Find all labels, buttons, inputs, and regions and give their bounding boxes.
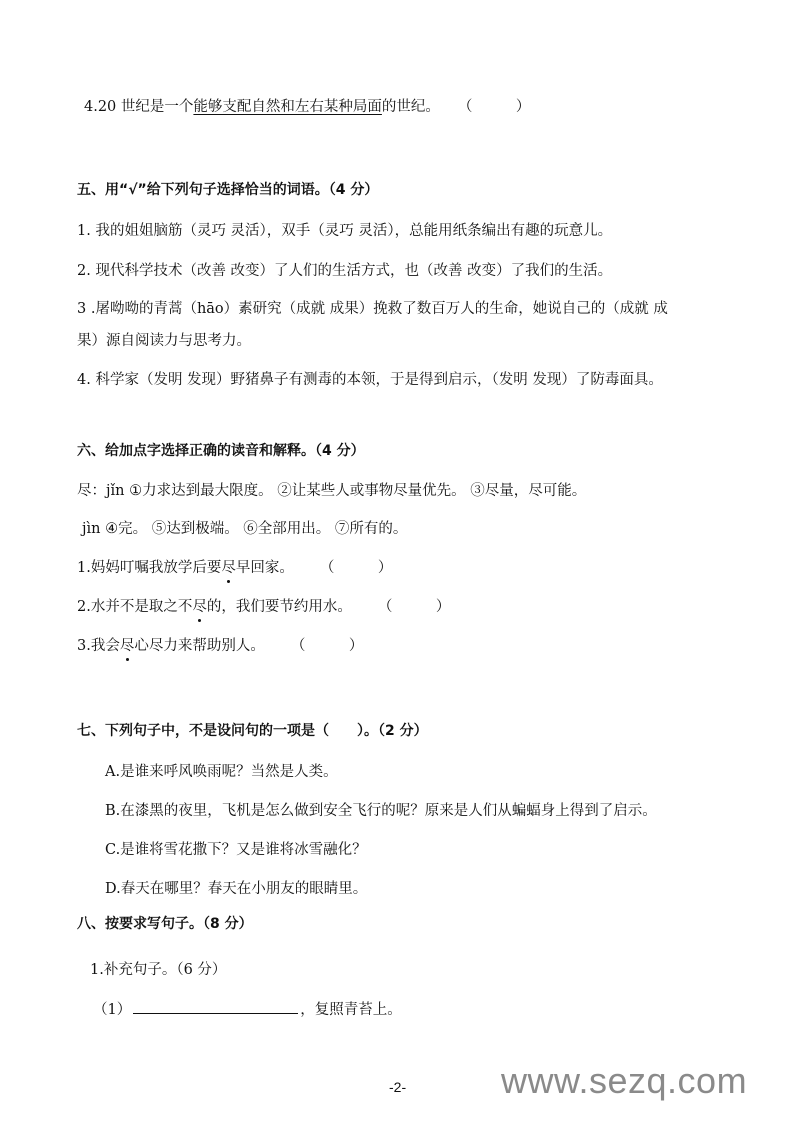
option-a: A.是谁来呼风唤雨呢？当然是人类。 <box>105 762 338 782</box>
answer-blank[interactable]: （ ） <box>378 599 451 615</box>
dotted-character: 尽 <box>221 558 236 578</box>
section-5-item-4: 4. 科学家（发明 发现）野猪鼻子有测毒的本领，于是得到启示，（发明 发现）了防… <box>77 370 663 390</box>
dotted-character: 尽 <box>120 636 135 656</box>
underlined-phrase: 能够支配自然和左右某种局面 <box>193 99 382 115</box>
section-8-heading: 八、按要求写句子。（8 分） <box>77 914 253 934</box>
question-text: 1.妈妈叮嘱我放学后要 <box>77 560 221 576</box>
section-6-question-1: 1.妈妈叮嘱我放学后要尽早回家。（ ） <box>77 558 392 578</box>
dotted-character: 尽 <box>192 597 207 617</box>
option-c: C.是谁将雪花撒下？又是谁将冰雪融化？ <box>105 840 367 860</box>
section-7-heading: 七、下列句子中，不是设问句的一项是（ ）。（2 分） <box>77 721 428 741</box>
question-text: 的，我们要节约用水。 <box>207 599 352 615</box>
answer-blank[interactable]: （ ） <box>291 638 364 654</box>
watermark: www.sezq.com <box>501 1060 747 1102</box>
section-6-question-2: 2.水并不是取之不尽的，我们要节约用水。（ ） <box>77 597 450 617</box>
question-4: 4.20 世纪是一个能够支配自然和左右某种局面的世纪。（ ） <box>84 97 530 117</box>
option-d: D.春天在哪里？春天在小朋友的眼睛里。 <box>105 879 367 899</box>
page-number: -2- <box>389 1079 406 1095</box>
question-text: 2.水并不是取之不 <box>77 599 192 615</box>
question-4-prefix: 4.20 世纪是一个 <box>84 99 193 115</box>
option-b: B.在漆黑的夜里，飞机是怎么做到安全飞行的呢？原来是人们从蝙蝠身上得到了启示。 <box>105 801 657 821</box>
section-5-item-3-cont: 果）源自阅读力与思考力。 <box>77 331 251 351</box>
section-6-question-3: 3.我会尽心尽力来帮助别人。（ ） <box>77 636 363 656</box>
answer-blank[interactable]: （ ） <box>458 99 531 115</box>
reading-option-1: 尽：jǐn ①力求达到最大限度。 ②让某些人或事物尽量优先。 ③尽量，尽可能。 <box>77 481 586 501</box>
question-text: 早回家。 <box>236 560 294 576</box>
question-text: 3.我会 <box>77 638 120 654</box>
question-number: （1） <box>93 1002 131 1018</box>
question-text: 心尽力来帮助别人。 <box>134 638 265 654</box>
fill-in-blank-line[interactable] <box>133 999 298 1014</box>
answer-blank[interactable]: （ ） <box>320 560 393 576</box>
section-5-item-3: 3 .屠呦呦的青蒿（hāo）素研究（成就 成果）挽救了数百万人的生命，她说自己的… <box>77 299 668 319</box>
section-8-sub-1: 1.补充句子。（6 分） <box>90 960 226 980</box>
question-text: ，复照青苔上。 <box>300 1002 402 1018</box>
section-6-heading: 六、给加点字选择正确的读音和解释。（4 分） <box>77 441 365 461</box>
section-5-item-2: 2. 现代科学技术（改善 改变）了人们的生活方式，也（改善 改变）了我们的生活。 <box>77 261 612 281</box>
reading-option-2: jìn ④完。 ⑤达到极端。 ⑥全部用出。 ⑦所有的。 <box>82 519 407 539</box>
question-4-suffix: 的世纪。 <box>382 99 440 115</box>
section-5-heading: 五、用“√”给下列句子选择恰当的词语。（4 分） <box>77 180 378 200</box>
fill-sentence-1: （1），复照青苔上。 <box>93 999 402 1020</box>
section-5-item-1: 1. 我的姐姐脑筋（灵巧 灵活），双手（灵巧 灵活），总能用纸条编出有趣的玩意儿… <box>77 221 612 241</box>
